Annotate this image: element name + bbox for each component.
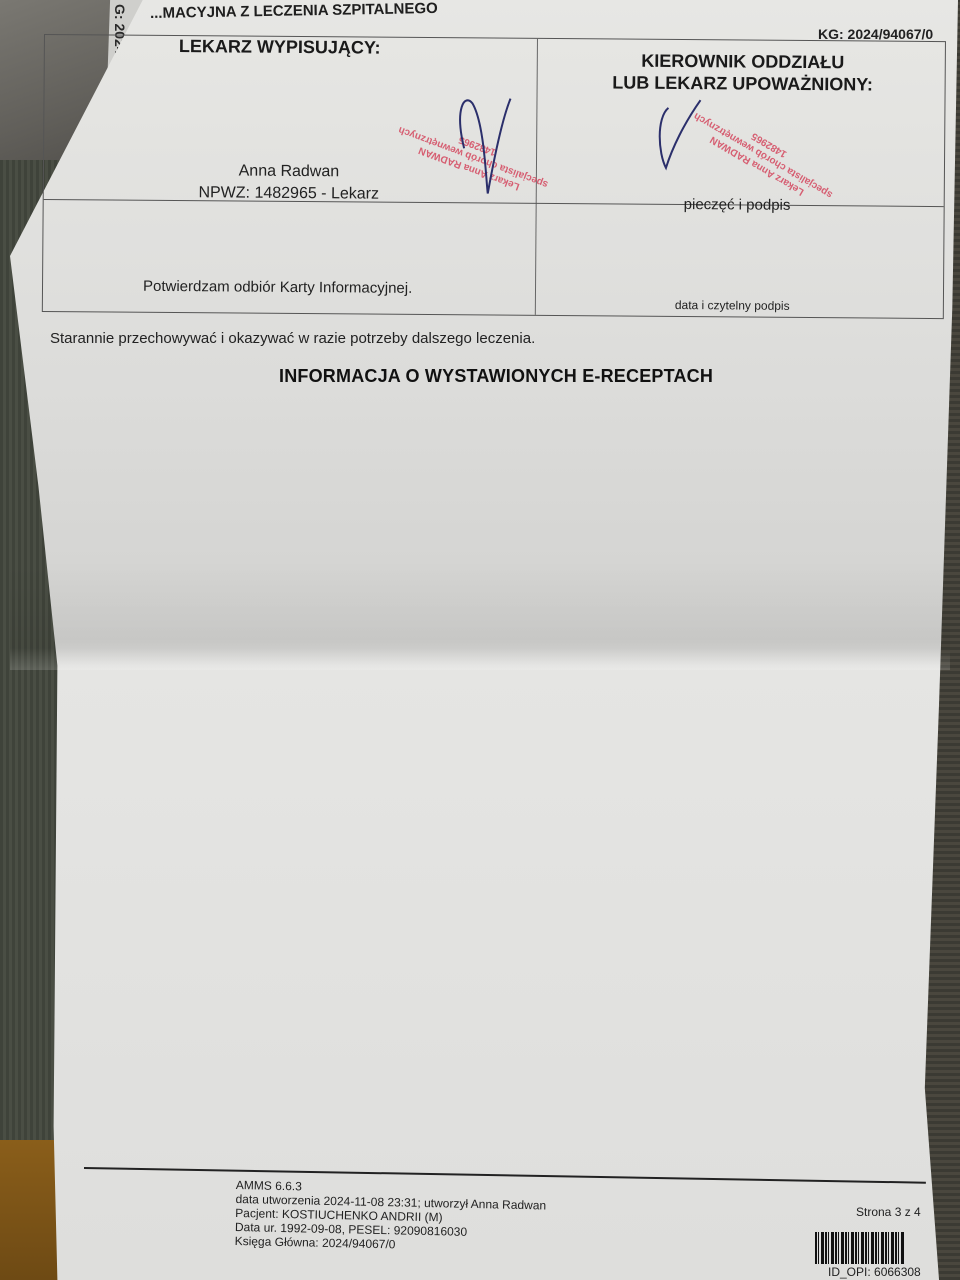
doctor-name: Anna Radwan bbox=[194, 160, 384, 183]
doctor-signature bbox=[444, 88, 515, 199]
footer-info: AMMS 6.6.3 data utworzenia 2024-11-08 23… bbox=[235, 1178, 547, 1254]
head-of-ward-heading: KIEROWNIK ODDZIAŁU LUB LEKARZ UPOWAŻNION… bbox=[593, 49, 893, 95]
section-title: INFORMACJA O WYSTAWIONYCH E-RECEPTACH bbox=[279, 366, 713, 387]
head-of-ward-signature bbox=[654, 98, 715, 178]
doctor-npwz: NPWZ: 1482965 - Lekarz bbox=[194, 182, 384, 205]
background-wood bbox=[0, 1140, 60, 1280]
page-number: Strona 3 z 4 bbox=[856, 1205, 921, 1219]
storage-note: Starannie przechowywać i okazywać w razi… bbox=[50, 330, 535, 347]
stamp-signature-caption: pieczęć i podpis bbox=[684, 196, 791, 214]
id-opi: ID_OPI: 6066308 bbox=[828, 1265, 921, 1279]
barcode bbox=[815, 1232, 905, 1264]
discharging-doctor-heading: LEKARZ WYPISUJĄCY: bbox=[179, 36, 381, 59]
discharging-doctor-info: Anna Radwan NPWZ: 1482965 - Lekarz bbox=[194, 160, 384, 205]
receipt-confirmation: Potwierdzam odbiór Karty Informacyjnej. bbox=[143, 278, 412, 297]
signature-table: LEKARZ WYPISUJĄCY: Anna Radwan NPWZ: 148… bbox=[42, 34, 946, 319]
date-signature-caption: data i czytelny podpis bbox=[675, 298, 790, 313]
